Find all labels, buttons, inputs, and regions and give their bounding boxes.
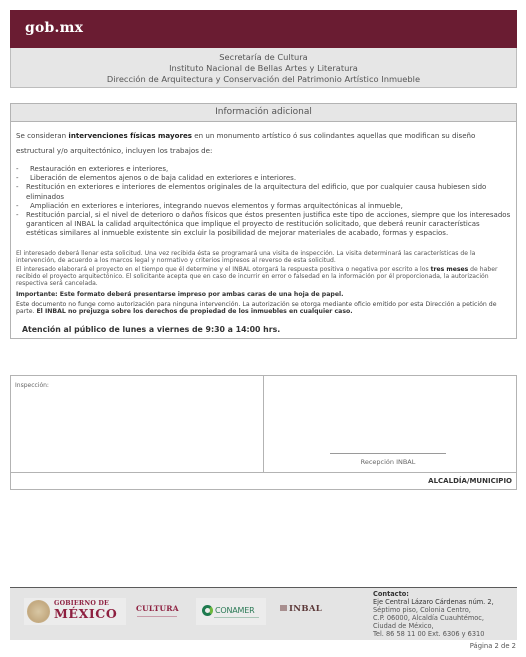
footer: GOBIERNO DE MÉXICO CULTURA CONAMER INBAL…	[10, 587, 517, 640]
contact-line: C.P. 06000, Alcaldía Cuauhtémoc,	[373, 614, 517, 622]
page-number: Página 2 de 2	[470, 642, 516, 650]
inbal-logo: INBAL	[280, 604, 322, 614]
response-paragraph: El interesado elaborará el proyecto en e…	[16, 266, 511, 288]
contact-line: Séptimo piso, Colonia Centro,	[373, 606, 517, 614]
reception-form: Inspección: Recepción INBAL ALCALDÍA/MUN…	[10, 375, 517, 490]
disclaimer-paragraph: Este documento no funge como autorizació…	[16, 301, 511, 316]
additional-info-section: Información adicional Se consideran inte…	[10, 103, 517, 339]
inbal-mark-icon	[280, 605, 287, 611]
gobmx-logo[interactable]: gob.mx	[25, 20, 83, 36]
contact-phone: Tel. 86 58 11 00 Ext. 6306 y 6310	[373, 630, 517, 638]
process-paragraph: El interesado deberá llenar esta solicit…	[16, 250, 511, 264]
list-item: -Ampliación en exteriores e interiores, …	[16, 202, 511, 211]
institution-line: Secretaría de Cultura	[11, 52, 516, 63]
signature-line	[330, 453, 446, 454]
section-title: Información adicional	[11, 104, 516, 122]
list-item: -Liberación de elementos ajenos o de baj…	[16, 174, 511, 183]
contact-line: Ciudad de México,	[373, 622, 517, 630]
list-item: -Restauración en exteriores e interiores…	[16, 165, 511, 174]
reception-field[interactable]: Recepción INBAL	[264, 376, 516, 472]
important-note: Importante: Este formato deberá presenta…	[16, 291, 511, 298]
list-item: -Restitución en exteriores e interiores …	[16, 183, 511, 201]
inspection-field[interactable]: Inspección:	[11, 376, 264, 472]
inspection-label: Inspección:	[15, 382, 49, 389]
institution-line: Instituto Nacional de Bellas Artes y Lit…	[11, 63, 516, 74]
municipality-field[interactable]: ALCALDÍA/MUNICIPIO	[11, 472, 516, 489]
conamer-c-icon	[202, 605, 213, 616]
cultura-logo: CULTURA	[136, 604, 179, 617]
contact-info: Contacto: Eje Central Lázaro Cárdenas nú…	[373, 590, 517, 638]
header-bar: gob.mx	[10, 10, 517, 48]
reception-label: Recepción INBAL	[330, 458, 446, 466]
gobierno-de-mexico-logo: GOBIERNO DE MÉXICO	[24, 598, 126, 625]
works-list: -Restauración en exteriores e interiores…	[16, 165, 511, 239]
municipality-label: ALCALDÍA/MUNICIPIO	[428, 477, 512, 485]
eagle-emblem-icon	[27, 600, 50, 623]
list-item: -Restitución parcial, si el nivel de det…	[16, 211, 511, 239]
section-body: Se consideran intervenciones físicas may…	[11, 122, 516, 334]
intro-paragraph: Se consideran intervenciones físicas may…	[16, 128, 511, 158]
institution-line: Dirección de Arquitectura y Conservación…	[11, 74, 516, 85]
contact-title: Contacto:	[373, 590, 517, 598]
institution-header: Secretaría de Cultura Instituto Nacional…	[10, 48, 517, 88]
office-hours: Atención al público de lunes a viernes d…	[22, 325, 511, 334]
conamer-logo: CONAMER	[196, 598, 266, 625]
contact-line: Eje Central Lázaro Cárdenas núm. 2,	[373, 598, 517, 606]
